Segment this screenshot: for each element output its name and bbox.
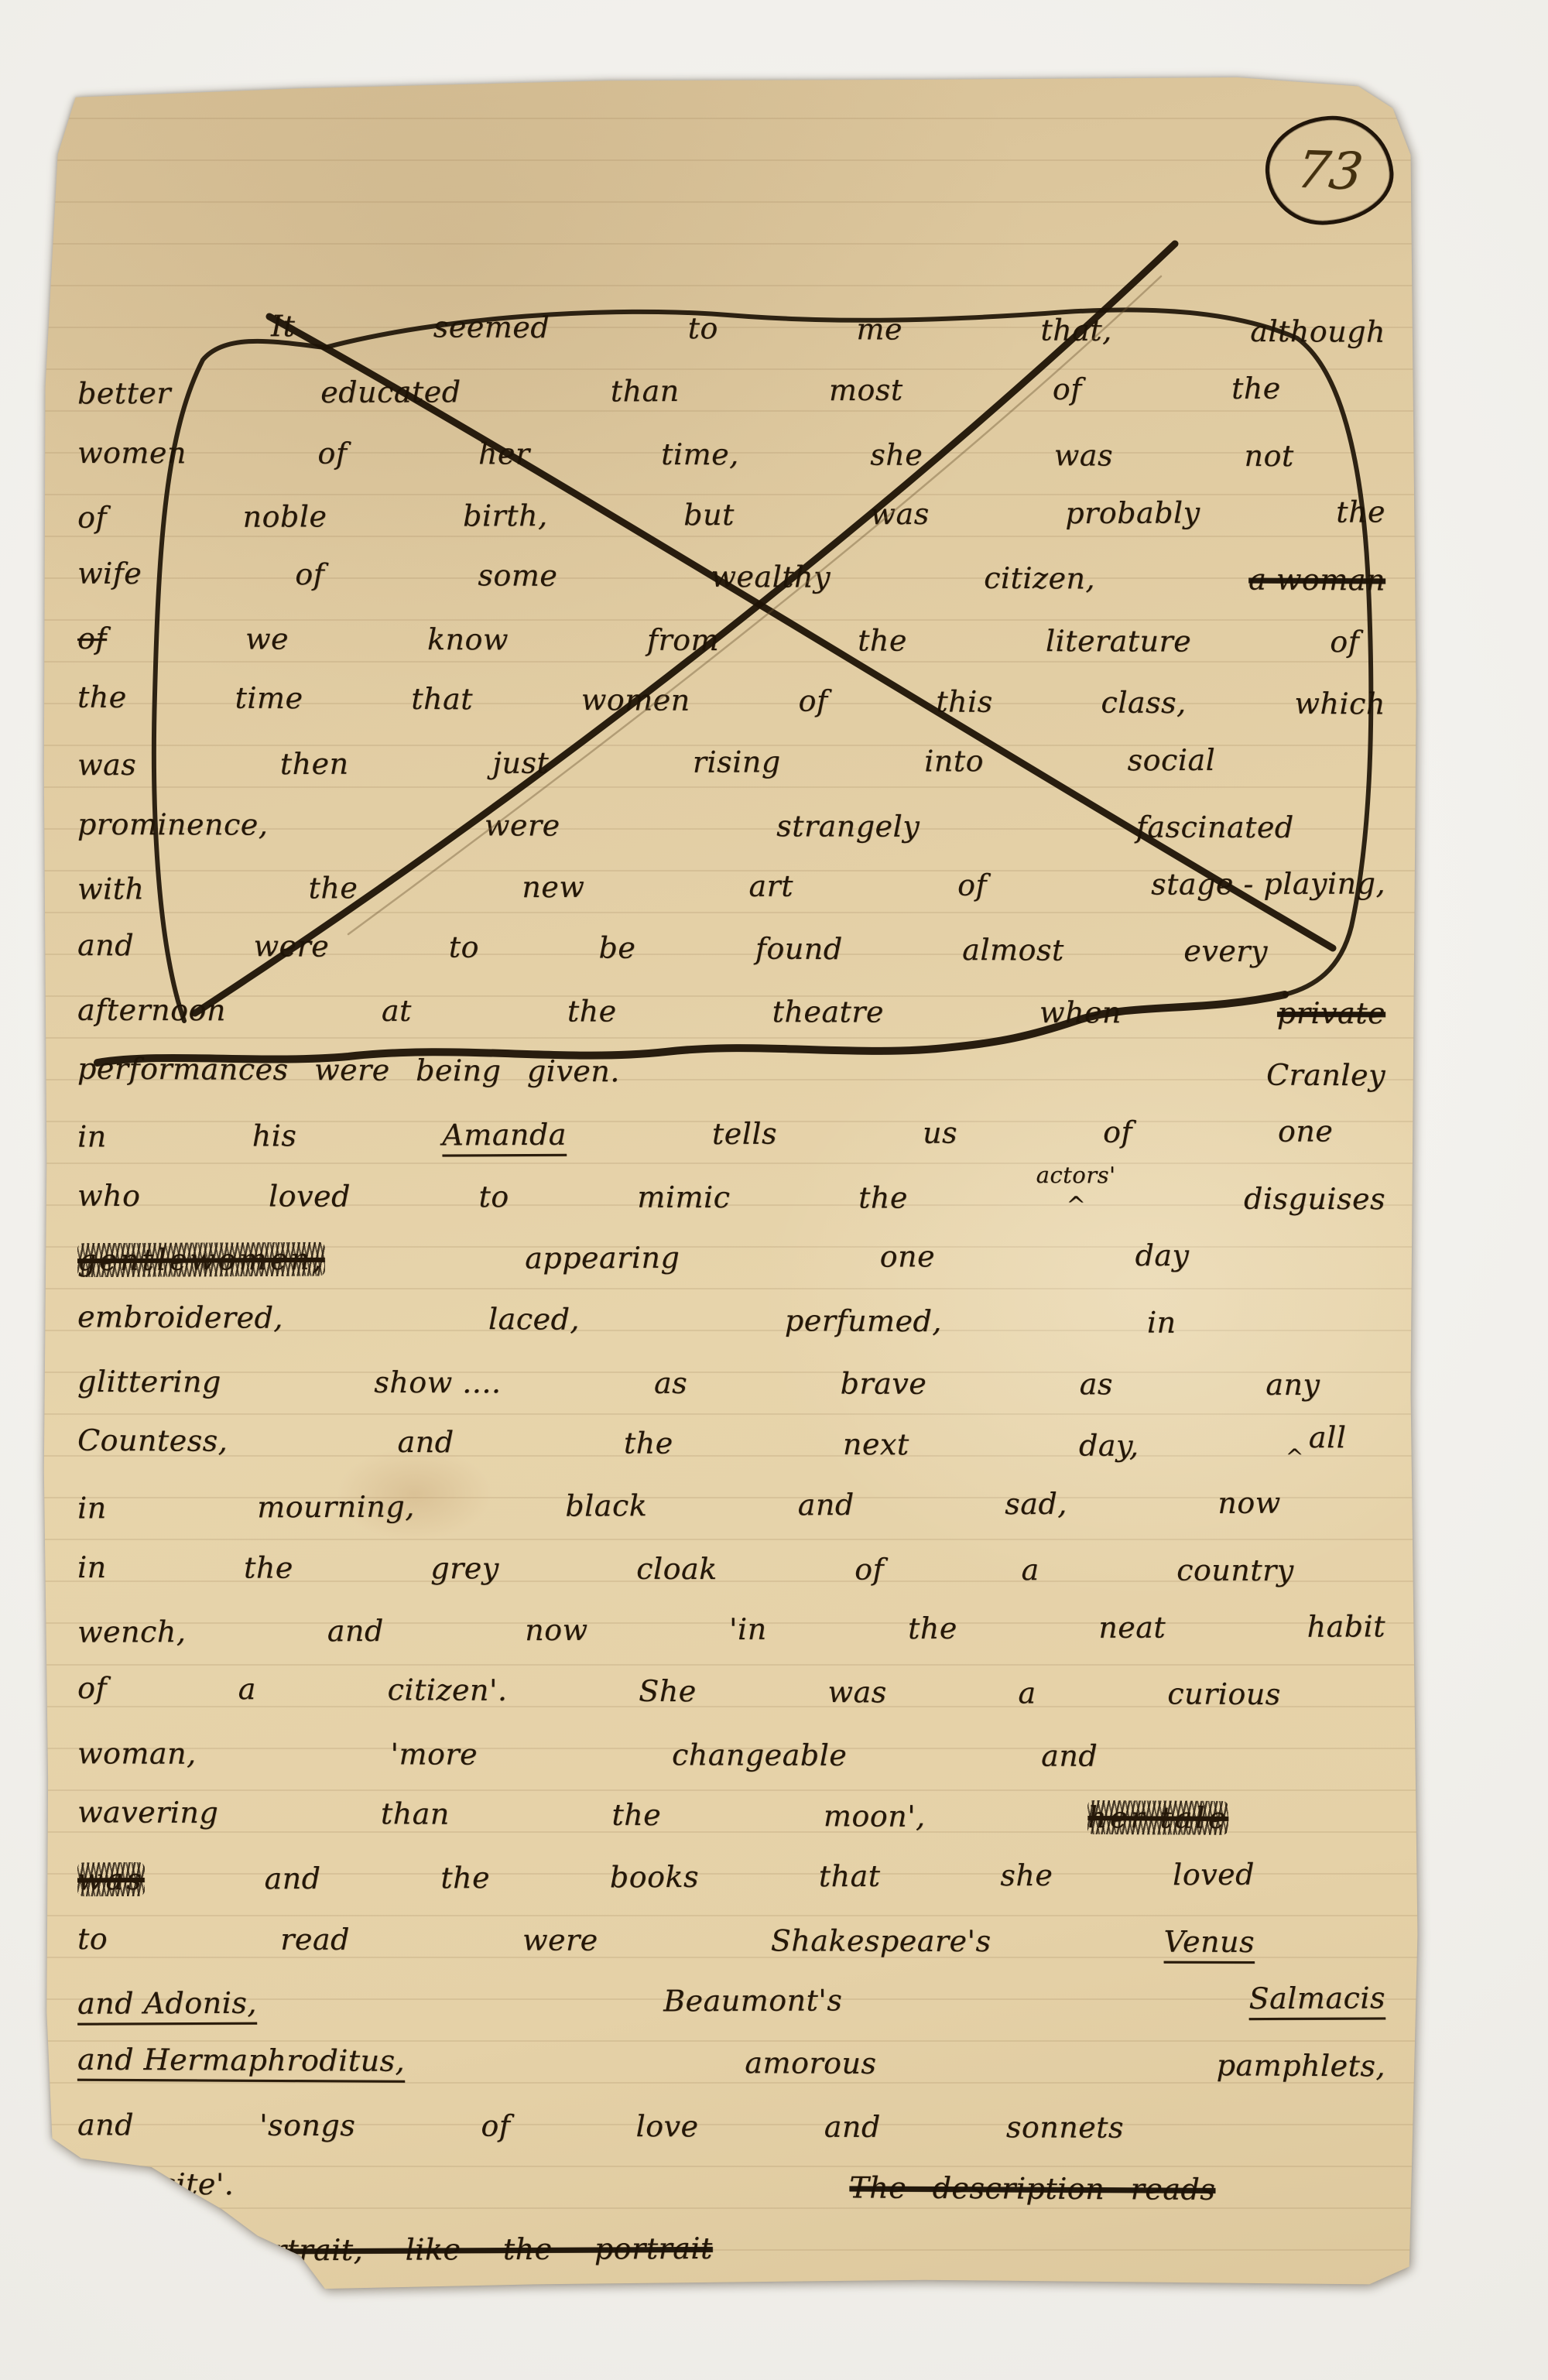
handwritten-word: literature <box>1046 624 1191 658</box>
handwritten-word: loved <box>1173 1858 1255 1892</box>
handwritten-word: 'in <box>729 1612 767 1646</box>
handwritten-word: every <box>1183 933 1268 968</box>
handwritten-word: performances were being given. <box>77 1052 620 1089</box>
handwritten-word: fascinated <box>1136 810 1294 845</box>
handwritten-word: Countess, <box>77 1423 228 1458</box>
handwritten-word: she <box>870 438 923 472</box>
handwritten-word: one <box>1278 1114 1334 1148</box>
handwritten-word: the <box>440 1861 490 1895</box>
handwritten-word: who <box>77 1179 141 1213</box>
handwritten-word: now <box>1218 1486 1281 1520</box>
handwritten-word: almost <box>962 933 1064 967</box>
handwritten-word: this <box>936 684 993 718</box>
handwritten-word: exquisite'. <box>77 2166 235 2201</box>
handwritten-word: of <box>1053 372 1082 406</box>
handwritten-word: strangely <box>776 809 920 843</box>
handwritten-word: moon', <box>824 1799 926 1834</box>
handwritten-word: sonnets <box>1006 2110 1124 2144</box>
handwritten-word: but <box>683 498 735 532</box>
handwritten-word: of <box>77 622 107 656</box>
scanned-manuscript-screenshot: { "page": { "number": "73", "kind": "han… <box>0 0 1548 2380</box>
manuscript-line: wasandthebooksthatsheloved <box>77 1844 1255 1911</box>
handwritten-word: some <box>478 558 557 593</box>
handwritten-word: Venus <box>1164 1925 1255 1959</box>
handwritten-word: Amanda <box>442 1118 567 1152</box>
handwritten-word: her <box>478 437 530 471</box>
manuscript-line: bettereducatedthanmostofthe <box>77 358 1281 425</box>
handwritten-word: new <box>522 870 584 904</box>
handwritten-word: a <box>1021 1553 1039 1587</box>
handwritten-word: neat <box>1098 1611 1166 1645</box>
handwritten-word: the <box>611 1798 661 1832</box>
handwritten-word: cloak <box>636 1552 717 1586</box>
handwritten-word: at <box>382 994 412 1028</box>
handwritten-word: and <box>77 928 134 962</box>
handwritten-word: a <box>238 1672 256 1706</box>
handwritten-word: of <box>481 2109 510 2143</box>
handwritten-word: afternoon <box>77 993 226 1028</box>
manuscript-line: woman,'morechangeableand <box>77 1722 1098 1786</box>
handwritten-word: tells <box>712 1117 777 1151</box>
handwritten-word: women <box>77 436 187 470</box>
handwritten-word: to <box>688 311 718 345</box>
handwritten-word: wealthy <box>711 560 831 594</box>
manuscript-line: ofweknowfromtheliteratureof <box>77 608 1359 673</box>
handwritten-word: with <box>77 872 145 906</box>
handwritten-word: 'songs <box>259 2108 355 2142</box>
page-number: 73 <box>1293 139 1366 201</box>
handwritten-word: to <box>77 1922 108 1956</box>
handwritten-word: Shakespeare's <box>771 1923 991 1958</box>
handwritten-word: found <box>755 932 843 967</box>
handwritten-word: wench, <box>77 1615 187 1649</box>
manuscript-line: afternoonatthetheatrewhenprivate <box>77 979 1385 1044</box>
manuscript-line: wifeofsomewealthycitizen,a woman <box>77 543 1385 611</box>
handwritten-word: better <box>77 376 171 411</box>
manuscript-line: like a portrait, like the portrait <box>77 2215 1294 2282</box>
handwritten-word: noble <box>243 499 327 533</box>
handwritten-word: as <box>1080 1367 1113 1401</box>
handwritten-word: was <box>870 497 929 531</box>
manuscript-line: prominence,werestrangelyfascinated <box>77 793 1294 858</box>
manuscript-line: inthegreycloakofacountry <box>77 1536 1294 1601</box>
handwritten-word: the <box>624 1426 673 1460</box>
handwritten-word: books <box>610 1860 699 1895</box>
handwritten-word: a <box>1018 1676 1036 1710</box>
handwritten-word: day <box>1135 1238 1189 1272</box>
handwritten-word: when <box>1039 995 1122 1029</box>
handwritten-word: in <box>77 1491 107 1525</box>
handwritten-word: and <box>824 2110 881 2144</box>
manuscript-line: gentlewomen,appearingoneday <box>77 1224 1190 1291</box>
handwritten-word: wife <box>77 556 142 591</box>
handwritten-word: just <box>492 746 549 780</box>
handwritten-word: read <box>280 1923 350 1957</box>
handwritten-word: of <box>317 437 347 471</box>
handwritten-word: and Adonis, <box>77 1986 257 2021</box>
handwritten-word: the <box>1231 372 1281 406</box>
handwritten-word: amorous <box>745 2046 876 2080</box>
handwritten-word: most <box>829 373 903 407</box>
manuscript-line: inmourning,blackandsad,now <box>77 1472 1281 1539</box>
manuscript-line: glitteringshow ....asbraveasany <box>77 1351 1320 1416</box>
handwritten-word: was <box>1054 438 1113 472</box>
handwritten-word: loved <box>269 1179 351 1213</box>
handwritten-word: know <box>427 622 509 656</box>
manuscript-line: and'songsofloveandsonnets <box>77 2094 1124 2159</box>
manuscript-line: exquisite'.The description reads <box>77 2152 1216 2221</box>
handwritten-word: were <box>253 929 329 964</box>
handwritten-word: stage - playing, <box>1151 866 1385 901</box>
handwritten-word: that, <box>1040 313 1111 347</box>
handwritten-word: in <box>77 1119 107 1153</box>
handwritten-word: were <box>522 1923 598 1957</box>
handwritten-word: the <box>567 994 617 1028</box>
handwritten-word: show .... <box>374 1365 501 1399</box>
manuscript-text: Itseemedtomethat,althoughbettereducatedt… <box>77 298 1385 2279</box>
handwritten-word: to <box>449 930 479 964</box>
manuscript-line: womenofhertime,shewasnot <box>77 422 1294 487</box>
page-number-badge: 73 <box>1262 111 1396 228</box>
handwritten-word: birth, <box>463 498 548 533</box>
handwritten-word: citizen, <box>984 561 1095 596</box>
handwritten-word: class, <box>1101 686 1186 721</box>
handwritten-word: prominence, <box>77 807 268 842</box>
handwritten-word: and <box>798 1488 854 1522</box>
handwritten-word: her tale <box>1087 1800 1228 1835</box>
handwritten-word: of <box>1330 625 1359 659</box>
handwritten-word: all <box>1309 1420 1347 1454</box>
handwritten-word: of <box>798 683 827 717</box>
handwritten-word: than <box>381 1796 450 1830</box>
handwritten-word: grey <box>430 1551 499 1585</box>
handwritten-word: disguises <box>1244 1182 1385 1216</box>
handwritten-word: us <box>923 1116 957 1150</box>
handwritten-word: and <box>397 1425 454 1459</box>
handwritten-word: love <box>636 2109 699 2143</box>
handwritten-word: laced, <box>488 1302 580 1337</box>
handwritten-word: The description reads <box>849 2170 1215 2206</box>
handwritten-word: in <box>1147 1306 1176 1340</box>
handwritten-word: perfumed, <box>785 1303 942 1338</box>
handwritten-word: pamphlets, <box>1217 2048 1386 2083</box>
manuscript-line: embroidered,laced,perfumed,in <box>77 1286 1176 1353</box>
manuscript-line: and Hermaphroditus,amorouspamphlets, <box>77 2029 1385 2097</box>
handwritten-word: habit <box>1307 1609 1386 1643</box>
manuscript-line: and Adonis,Beaumont'sSalmacis <box>77 1967 1385 2034</box>
manuscript-line: ofnoblebirth,butwasprobablythe <box>77 481 1385 548</box>
handwritten-word: changeable <box>672 1738 847 1772</box>
handwritten-word: the <box>858 623 907 657</box>
handwritten-word: the <box>858 1180 908 1214</box>
handwritten-word: private <box>1277 996 1385 1030</box>
handwritten-word: embroidered, <box>77 1300 283 1334</box>
handwritten-word: Cranley <box>1266 1058 1385 1093</box>
handwritten-word: of <box>957 868 987 902</box>
handwritten-word: social <box>1128 743 1216 777</box>
handwritten-word: to <box>478 1180 509 1214</box>
handwritten-word: that <box>819 1859 881 1893</box>
manuscript-line: ofacitizen'.Shewasacurious <box>77 1657 1281 1725</box>
handwritten-word: into <box>924 744 984 778</box>
handwritten-word: of <box>1103 1115 1132 1149</box>
handwritten-word: art <box>748 869 793 903</box>
handwritten-word: and <box>264 1861 320 1895</box>
handwritten-word: although <box>1250 314 1385 349</box>
handwritten-word: from <box>647 623 719 657</box>
handwritten-word: me <box>856 312 902 346</box>
handwritten-word: glittering <box>77 1365 221 1399</box>
handwritten-word: as <box>654 1366 687 1400</box>
handwritten-word: curious <box>1167 1676 1281 1711</box>
handwritten-word: his <box>252 1118 297 1152</box>
manuscript-line: Itseemedtomethat,although <box>271 295 1385 363</box>
manuscript-line: wasthenjustrisingintosocial <box>77 729 1216 796</box>
handwritten-word: time <box>235 681 303 715</box>
handwritten-word: like a portrait, like the portrait <box>77 2231 713 2269</box>
manuscript-line: wench,andnow'intheneathabit <box>77 1595 1385 1663</box>
handwritten-word: then <box>280 747 349 781</box>
handwritten-word: next <box>843 1427 909 1461</box>
handwritten-word: probably <box>1065 495 1200 530</box>
handwritten-word: the <box>244 1551 293 1585</box>
handwritten-word: were <box>485 808 560 842</box>
handwritten-word: we <box>245 622 289 656</box>
handwritten-word: of <box>77 1671 107 1705</box>
handwritten-word: was <box>827 1675 886 1709</box>
handwritten-word: she <box>1000 1858 1053 1892</box>
handwritten-word: Salmacis <box>1248 1981 1385 2015</box>
handwritten-word: a woman <box>1248 562 1385 597</box>
handwritten-word: was <box>77 748 136 782</box>
handwritten-word: the <box>1336 495 1385 529</box>
handwritten-word: that <box>411 682 473 716</box>
handwritten-word: theatre <box>772 995 884 1029</box>
handwritten-word: Beaumont's <box>663 1983 842 2018</box>
manuscript-line: thetimethatwomenofthisclass,which <box>77 666 1385 735</box>
manuscript-line: Countess,andthenextday,all <box>77 1409 1347 1478</box>
handwritten-word: than <box>611 374 680 408</box>
handwritten-word: the <box>308 871 358 905</box>
handwritten-word: educated <box>320 375 461 409</box>
handwritten-word: country <box>1176 1553 1294 1587</box>
handwritten-word: 'more <box>391 1737 478 1771</box>
handwritten-word: which <box>1294 687 1385 721</box>
paper-sheet: 73 Itseemedtomethat,althoughbettereducat… <box>43 77 1420 2291</box>
handwritten-word: the <box>77 680 127 714</box>
handwritten-word: in <box>77 1550 107 1584</box>
handwritten-word: gentlewomen, <box>77 1242 325 1277</box>
handwritten-word: brave <box>841 1366 927 1400</box>
handwritten-word: the <box>908 1611 957 1645</box>
handwritten-word: and <box>77 2108 134 2142</box>
handwritten-word: citizen'. <box>387 1673 507 1707</box>
handwritten-word: seemed <box>433 310 550 344</box>
manuscript-line: withthenewartofstage - playing, <box>77 852 1385 919</box>
manuscript-line: performances were being given.Cranley <box>77 1038 1385 1107</box>
handwritten-word: actors' <box>1036 1162 1116 1188</box>
handwritten-word: any <box>1265 1368 1320 1402</box>
handwritten-word: one <box>880 1239 936 1273</box>
handwritten-word: woman, <box>77 1736 197 1770</box>
handwritten-word: was <box>77 1862 145 1896</box>
handwritten-word: mourning, <box>257 1489 415 1524</box>
manuscript-line: wholovedtomimictheactors'disguises <box>77 1165 1385 1230</box>
handwritten-word: and Hermaphroditus, <box>77 2043 405 2078</box>
handwritten-word: of <box>854 1553 884 1587</box>
handwritten-word: black <box>565 1488 647 1522</box>
handwritten-word: of <box>295 557 324 591</box>
handwritten-word: and <box>1041 1739 1098 1773</box>
handwritten-word: rising <box>693 745 781 779</box>
handwritten-word: mimic <box>637 1180 730 1214</box>
handwritten-word: time, <box>661 437 739 471</box>
manuscript-line: andweretobefoundalmostevery <box>77 914 1268 982</box>
manuscript-line: inhisAmandatellsusofone <box>77 1100 1334 1167</box>
handwritten-word: not <box>1245 439 1294 473</box>
handwritten-word: appearing <box>525 1241 680 1276</box>
handwritten-word: wavering <box>77 1795 218 1830</box>
handwritten-word: It <box>271 309 296 343</box>
handwritten-word: women <box>581 683 690 717</box>
handwritten-word: day, <box>1079 1428 1139 1462</box>
handwritten-word: and <box>327 1614 384 1648</box>
handwritten-word: now <box>525 1613 588 1647</box>
manuscript-page: 73 Itseemedtomethat,althoughbettereducat… <box>43 77 1420 2291</box>
handwritten-word: of <box>77 501 107 535</box>
handwritten-word: be <box>598 931 635 965</box>
manuscript-line: toreadwereShakespeare'sVenus <box>77 1908 1255 1973</box>
handwritten-word: sad, <box>1005 1487 1067 1521</box>
handwritten-word: She <box>639 1674 697 1708</box>
manuscript-line: waveringthanthemoon',her tale <box>77 1781 1229 1849</box>
